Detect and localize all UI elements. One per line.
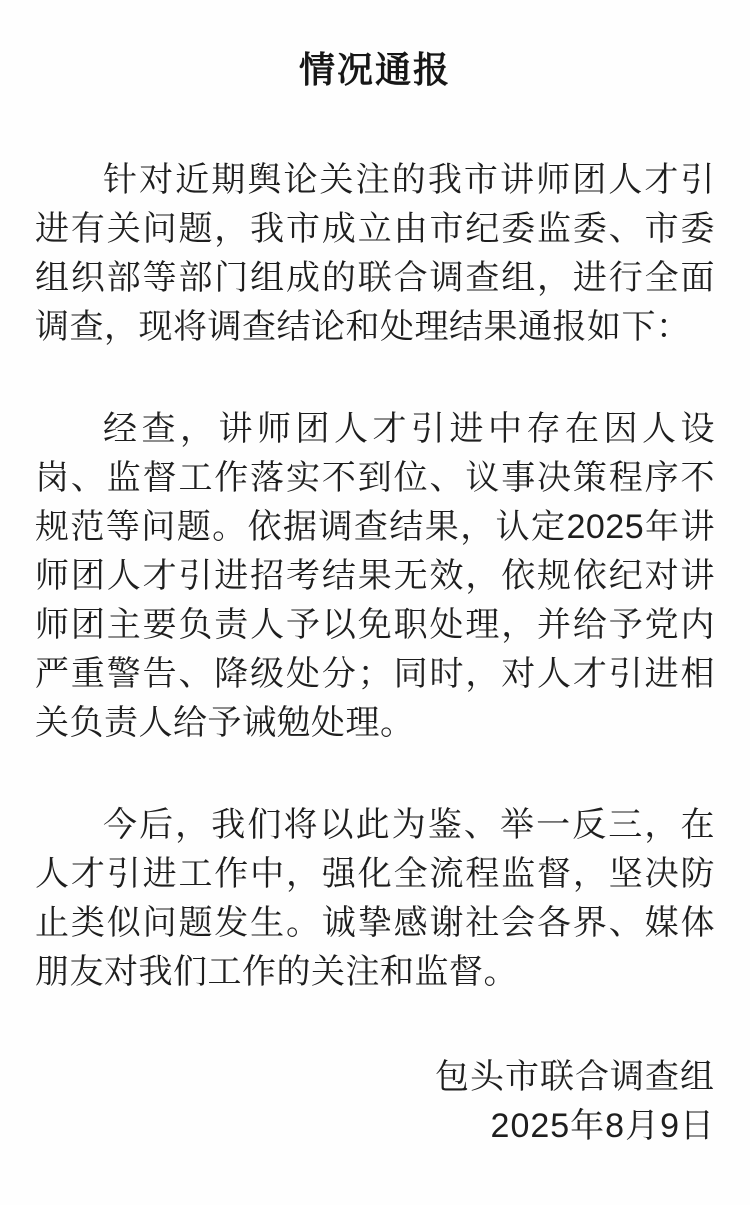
signature-block: 包头市联合调查组 2025年8月9日 (35, 1053, 715, 1151)
notice-paragraph-intro: 针对近期舆论关注的我市讲师团人才引进有关问题，我市成立由市纪委监委、市委组织部等… (35, 156, 715, 352)
signature-organization: 包头市联合调查组 (35, 1053, 715, 1102)
notice-page: 情况通报 针对近期舆论关注的我市讲师团人才引进有关问题，我市成立由市纪委监委、市… (0, 0, 750, 1205)
notice-paragraph-findings: 经查，讲师团人才引进中存在因人设岗、监督工作落实不到位、议事决策程序不规范等问题… (35, 405, 715, 748)
notice-title: 情况通报 (35, 46, 715, 94)
notice-paragraph-closing: 今后，我们将以此为鉴、举一反三，在人才引进工作中，强化全流程监督，坚决防止类似问… (35, 801, 715, 997)
signature-date: 2025年8月9日 (35, 1102, 715, 1151)
notice-document: { "doc": { "title": "情况通报", "paragraphs"… (0, 0, 750, 1205)
notice-body: 针对近期舆论关注的我市讲师团人才引进有关问题，我市成立由市纪委监委、市委组织部等… (35, 156, 715, 997)
